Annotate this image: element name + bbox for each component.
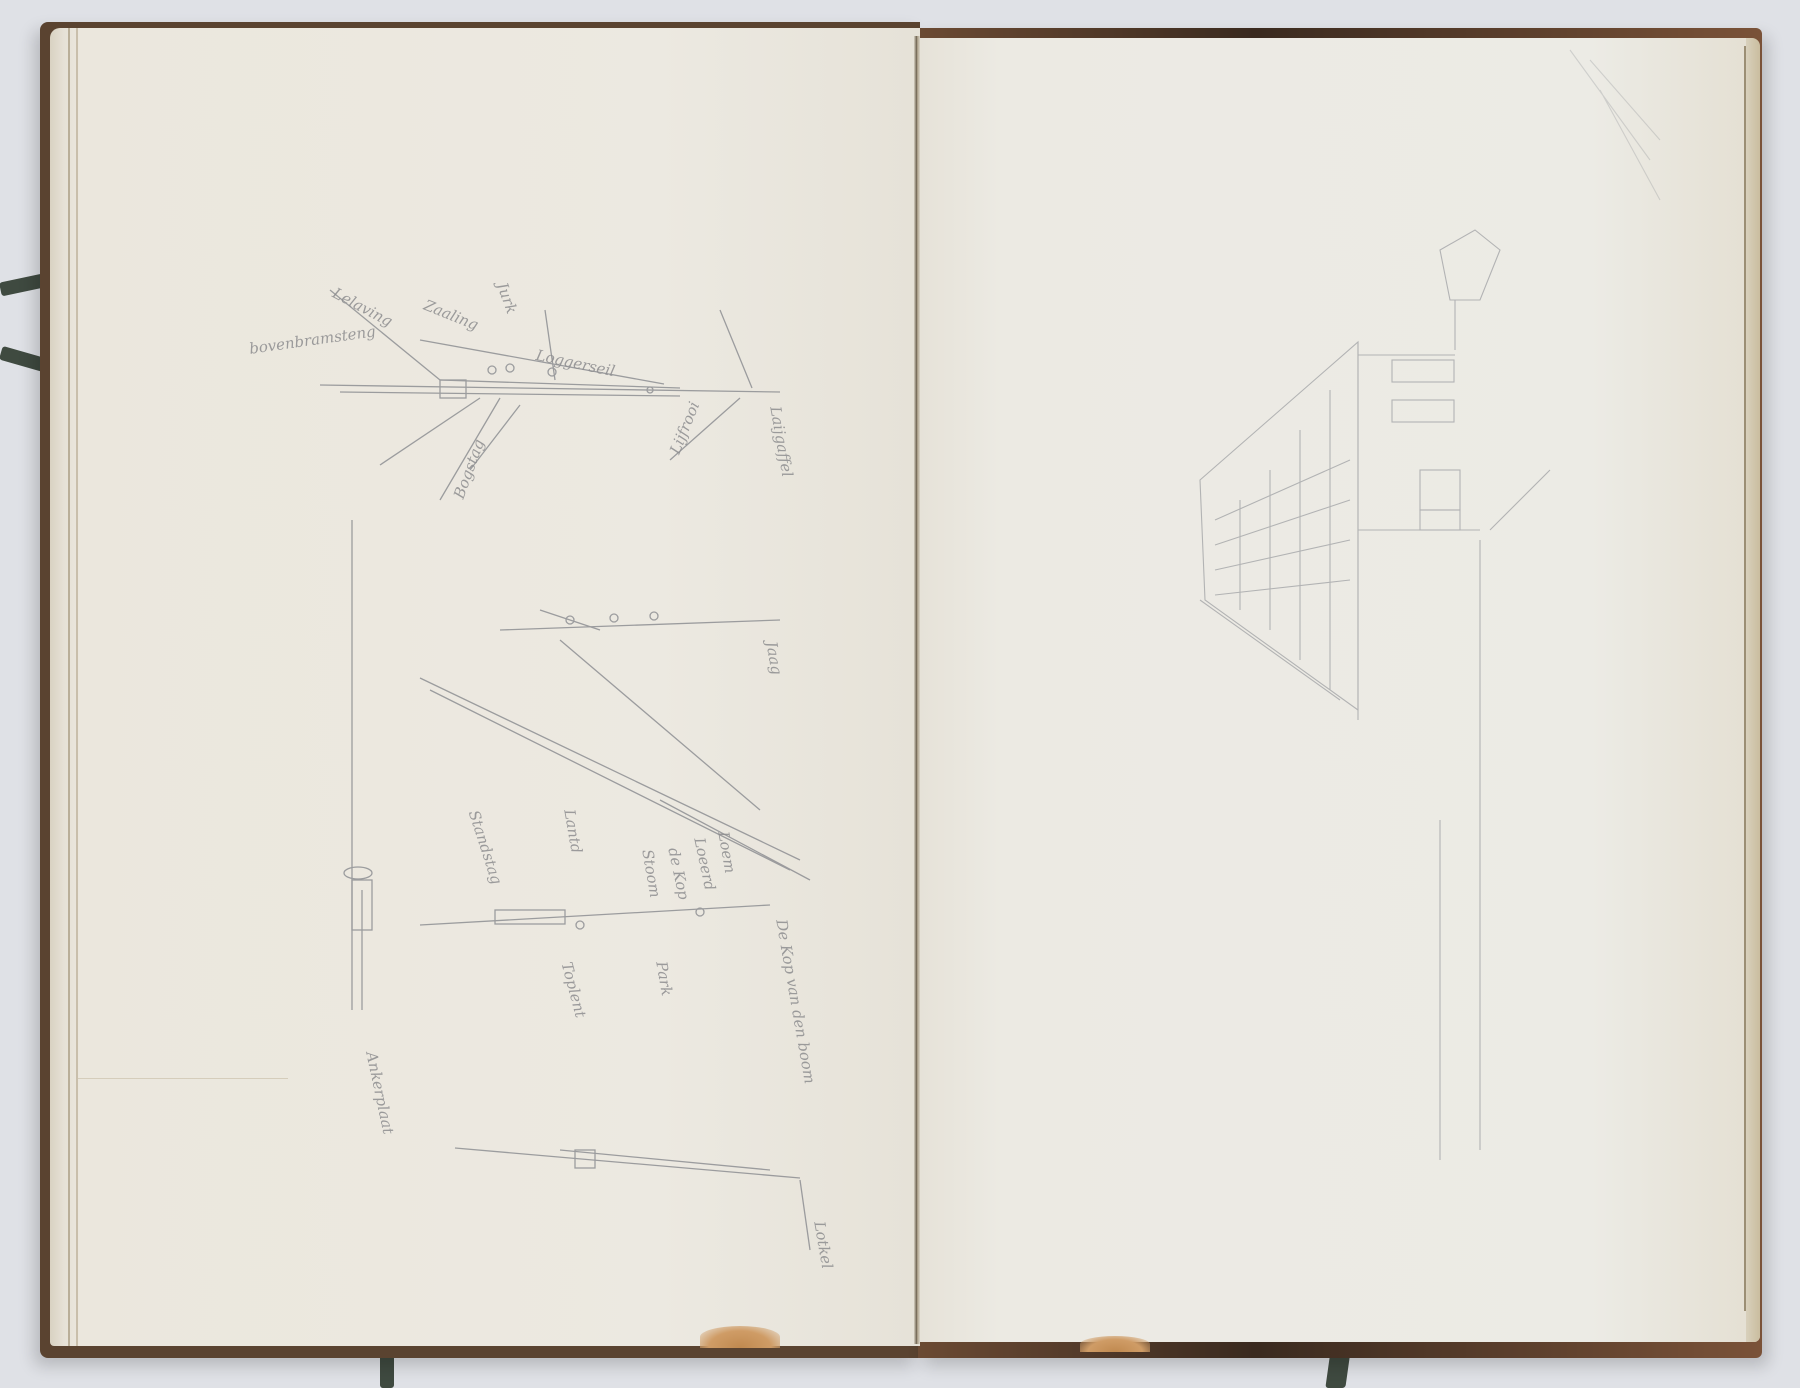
sketchbook-photo: bovenbramsteng Lelaving Zaaling Jurk Log… (0, 0, 1800, 1388)
pencil-sketches (0, 0, 1800, 1388)
